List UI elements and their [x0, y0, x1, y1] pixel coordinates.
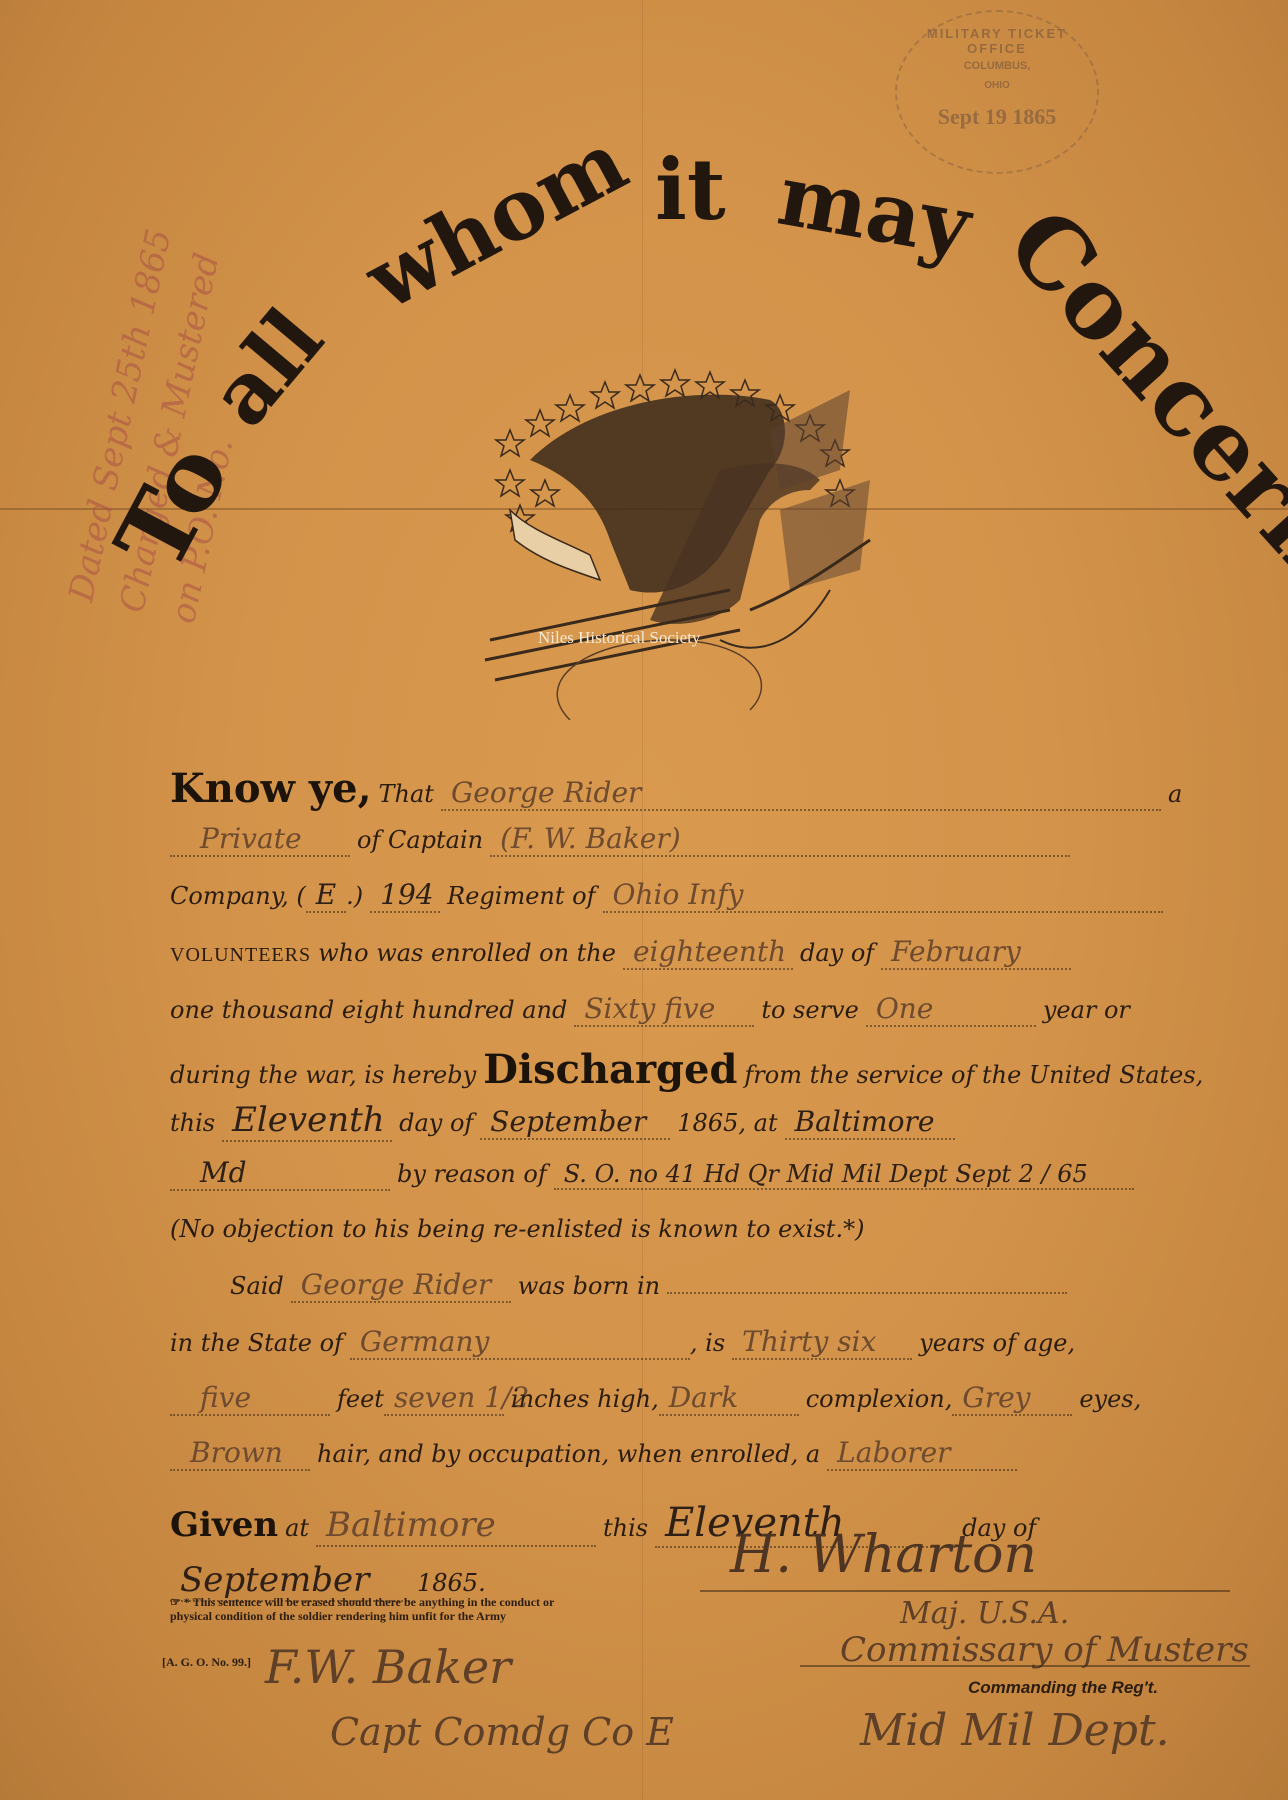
line-reenlist-note: (No objection to his being re-enlisted i…	[170, 1213, 1230, 1273]
commanding-caption: Commanding the Reg't.	[968, 1678, 1158, 1698]
label-day-of: day of	[399, 1109, 473, 1137]
company-field: E	[306, 878, 346, 913]
line-know-ye: Know ye, That George Rider a	[170, 765, 1230, 825]
age-field: Thirty six	[732, 1325, 912, 1360]
label-of-captain: of Captain	[357, 826, 483, 854]
ticket-office-stamp: MILITARY TICKET OFFICE COLUMBUS, OHIO Se…	[895, 10, 1099, 174]
given-place-field: Baltimore	[316, 1505, 596, 1547]
line-hair-occupation: Brown hair, and by occupation, when enro…	[170, 1436, 1230, 1496]
label-said: Said	[170, 1272, 284, 1300]
label-this: this	[603, 1514, 648, 1542]
complexion-field: Dark	[659, 1381, 799, 1416]
line-reason: Md by reason of S. O. no 41 Hd Qr Mid Mi…	[170, 1156, 1230, 1216]
height-feet-field: five	[170, 1381, 330, 1416]
soldier-name-field: George Rider	[441, 776, 1161, 811]
label-company: Company, (	[170, 882, 306, 910]
captain-field: (F. W. Baker)	[490, 822, 1070, 857]
title-line	[800, 1665, 1250, 1667]
line-discharged: during the war, is hereby Discharged fro…	[170, 1046, 1230, 1106]
watermark: Niles Historical Society	[538, 628, 700, 648]
line-year: one thousand eight hundred and Sixty fiv…	[170, 992, 1230, 1052]
line-physical: five feetseven 1/2 inches high,Dark comp…	[170, 1381, 1230, 1441]
footnote-text: This sentence will be erased should ther…	[170, 1595, 554, 1623]
label-is: , is	[690, 1329, 725, 1357]
department-annotation: Mid Mil Dept.	[860, 1705, 1170, 1756]
label-day-of: day of	[800, 939, 874, 967]
regiment-field: Ohio Infy	[603, 878, 1163, 913]
line-enrolled: VOLUNTEERS who was enrolled on the eight…	[170, 935, 1230, 995]
lead-phrase: Know ye,	[170, 765, 372, 812]
hair-field: Brown	[170, 1436, 310, 1471]
officer-rank: Maj. U.S.A.	[900, 1596, 1069, 1631]
enroll-month-field: February	[881, 935, 1071, 970]
rank-field: Private	[170, 822, 350, 857]
form-number: [A. G. O. No. 99.]	[162, 1655, 251, 1670]
discharge-month-field: September	[480, 1105, 670, 1140]
line-discharge-date: this Eleventh day of September 1865, at …	[170, 1100, 1230, 1160]
captain-title: Capt Comdg Co E	[330, 1710, 674, 1754]
occupation-field: Laborer	[827, 1436, 1017, 1471]
label-years-of-age: years of age,	[919, 1329, 1075, 1357]
said-name-field: George Rider	[291, 1268, 511, 1303]
label-volunteers: VOLUNTEERS	[170, 944, 311, 966]
discharge-day-field: Eleventh	[222, 1100, 392, 1142]
label-year-or: year or	[1043, 996, 1130, 1024]
label-born-in: was born in	[518, 1272, 660, 1300]
label-hair-occupation: hair, and by occupation, when enrolled, …	[317, 1440, 820, 1468]
discharge-reason-field: S. O. no 41 Hd Qr Mid Mil Dept Sept 2 / …	[554, 1160, 1134, 1190]
label-during: during the war, is hereby	[170, 1061, 476, 1089]
stamp-date: Sept 19 1865	[897, 104, 1097, 130]
line-company: Company, (E.) 194 Regiment of Ohio Infy	[170, 878, 1230, 938]
footnote: ☞ * This sentence will be erased should …	[170, 1595, 590, 1623]
label-to-serve: to serve	[761, 996, 858, 1024]
stamp-state: OHIO	[897, 80, 1097, 91]
given-year: 1865.	[417, 1569, 486, 1597]
mustering-officer-signature: H. Wharton	[730, 1525, 1037, 1585]
birth-state-field: Germany	[350, 1325, 690, 1360]
label-a: a	[1168, 780, 1182, 808]
regiment-number-field: 194	[370, 878, 440, 913]
label-by-reason: by reason of	[397, 1160, 547, 1188]
label-inches-high: inches high,	[511, 1385, 659, 1413]
officer-title: Commissary of Musters	[840, 1630, 1249, 1670]
label-feet: feet	[337, 1385, 384, 1413]
label-complexion: complexion,	[806, 1385, 953, 1413]
pointing-hand-icon: ☞ *	[170, 1595, 190, 1609]
reenlist-note: (No objection to his being re-enlisted i…	[170, 1215, 864, 1243]
given-heading: Given	[170, 1505, 278, 1545]
discharge-year: 1865	[677, 1109, 738, 1137]
term-field: One	[866, 992, 1036, 1027]
line-birthplace: in the State of Germany, is Thirty six y…	[170, 1325, 1230, 1385]
label-enrolled: who was enrolled on the	[318, 939, 616, 967]
label-that: That	[379, 780, 434, 808]
line-given: Given at Baltimore this Eleventh day of	[170, 1500, 1230, 1560]
headline-word: Concern:	[985, 187, 1288, 623]
eagle-emblem-icon	[470, 340, 910, 720]
label-eyes: eyes,	[1079, 1385, 1141, 1413]
label-regiment-of: Regiment of	[447, 882, 595, 910]
place-continued-field: Md	[170, 1156, 390, 1191]
label-year-text: one thousand eight hundred and	[170, 996, 567, 1024]
headline-word: may	[771, 145, 977, 276]
discharge-certificate: MILITARY TICKET OFFICE COLUMBUS, OHIO Se…	[0, 0, 1288, 1800]
label-state-of: in the State of	[170, 1329, 343, 1357]
label-from-service: from the service of the United States,	[744, 1061, 1203, 1089]
stamp-city: COLUMBUS,	[897, 60, 1097, 72]
discharge-place-field: Baltimore	[785, 1105, 955, 1140]
label-company-close: .)	[346, 882, 363, 910]
line-rank: Private of Captain (F. W. Baker)	[170, 822, 1230, 882]
signature-line	[700, 1590, 1230, 1592]
stamp-arc-text: MILITARY TICKET OFFICE	[897, 26, 1097, 56]
headline-word: it	[655, 140, 726, 239]
label-at: at	[285, 1514, 309, 1542]
enroll-day-field: eighteenth	[623, 935, 793, 970]
enroll-year-field: Sixty five	[574, 992, 754, 1027]
discharged-heading: Discharged	[483, 1046, 737, 1093]
headline-word: whom	[350, 111, 642, 329]
label-at: , at	[738, 1109, 777, 1137]
line-said: Said George Rider was born in	[170, 1268, 1230, 1328]
height-inches-field: seven 1/2	[384, 1381, 504, 1416]
eyes-field: Grey	[952, 1381, 1072, 1416]
label-this: this	[170, 1109, 215, 1137]
captain-signature: F.W. Baker	[265, 1640, 511, 1694]
